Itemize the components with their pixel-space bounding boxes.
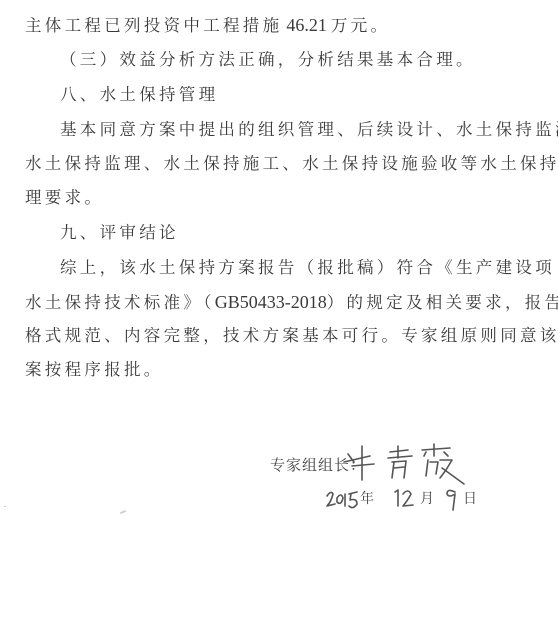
paragraph-conclusion-line-1: 综上，该水土保持方案报告（报批稿）符合《生产建设项目	[60, 258, 558, 278]
day-unit: 日	[463, 490, 477, 508]
handwritten-signature	[340, 440, 490, 490]
paragraph-conclusion-line-4: 案按程序报批。	[25, 360, 164, 380]
paragraph-management-line-3: 理要求。	[25, 188, 104, 208]
handwritten-day	[443, 484, 463, 512]
amount-value: 46.21	[286, 15, 327, 35]
paragraph-management-line-2: 水土保持监理、水土保持施工、水土保持设施验收等水土保持管	[25, 154, 558, 174]
text-segment: 水土保持技术标准》（	[25, 293, 215, 312]
handwritten-month	[392, 486, 418, 510]
text-segment: ）的规定及相关要求，报告	[327, 293, 558, 312]
paragraph-conclusion-line-2: 水土保持技术标准》（GB50433-2018）的规定及相关要求，报告	[25, 292, 558, 312]
text-segment: 万元。	[331, 16, 390, 35]
section-heading-9: 九、评审结论	[60, 223, 179, 243]
standard-code: GB50433-2018	[215, 292, 327, 312]
document-page: 主体工程已列投资中工程措施46.21万元。 （三）效益分析方法正确，分析结果基本…	[0, 0, 558, 634]
year-unit: 年	[360, 490, 374, 508]
paragraph-management-line-1: 基本同意方案中提出的组织管理、后续设计、水土保持监测、	[60, 120, 558, 140]
paragraph-benefit-analysis: （三）效益分析方法正确，分析结果基本合理。	[60, 50, 476, 70]
paragraph-conclusion-line-3: 格式规范、内容完整，技术方案基本可行。专家组原则同意该方	[25, 326, 558, 346]
scan-speck	[4, 506, 6, 507]
handwritten-year	[325, 484, 365, 514]
paragraph-investment-line: 主体工程已列投资中工程措施46.21万元。	[25, 15, 390, 35]
scan-speck	[120, 510, 126, 514]
text-segment: 主体工程已列投资中工程措施	[25, 16, 282, 35]
section-heading-8: 八、水土保持管理	[60, 85, 218, 105]
month-unit: 月	[420, 490, 434, 508]
